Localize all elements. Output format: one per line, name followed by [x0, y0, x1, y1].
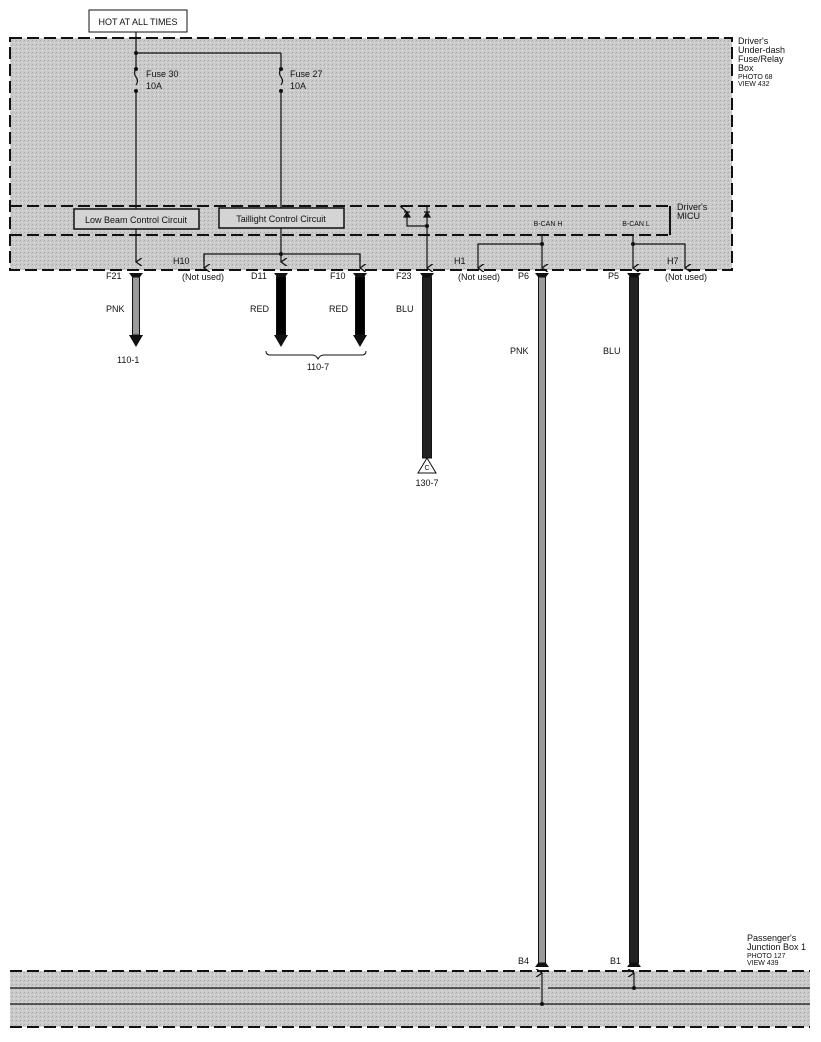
- power-source-box: HOT AT ALL TIMES: [89, 10, 187, 32]
- wire-destination: 110-1: [117, 355, 139, 365]
- terminal-h10: H10: [173, 256, 190, 266]
- wire-destination: 130-7: [415, 478, 438, 488]
- taillight-circuit-box: Taillight Control Circuit: [219, 208, 344, 228]
- terminal-f23: F23: [396, 271, 412, 281]
- group-brace: [266, 351, 366, 359]
- fuse-box-photo-ref: PHOTO 68: [738, 74, 773, 81]
- h1-not-used: (Not used): [458, 272, 500, 282]
- wire-p6: P6PNK: [510, 271, 549, 967]
- micu-name-2: MICU: [677, 211, 700, 221]
- wire-color-code: BLU: [396, 304, 414, 314]
- terminal-f21: F21: [106, 271, 122, 281]
- wiring-diagram: HOT AT ALL TIMES Driver's Under-dash Fus…: [0, 0, 821, 1042]
- can-l-label: B-CAN L: [622, 221, 650, 228]
- wire-d11: D11RED: [250, 271, 288, 347]
- terminal-p5: P5: [608, 271, 619, 281]
- junction-box-photo-ref: PHOTO 127: [747, 953, 785, 960]
- wire-p5: P5BLU: [603, 271, 641, 967]
- group-label: 110-7: [307, 362, 329, 372]
- fuse-box-name-4: Box: [738, 63, 754, 73]
- terminal-p6: P6: [518, 271, 529, 281]
- fuse-27-name: Fuse 27: [290, 69, 323, 79]
- fuse-27-rating: 10A: [290, 81, 306, 91]
- junction-box-region: [10, 971, 810, 1027]
- junction-box-name-2: Junction Box 1: [747, 942, 806, 952]
- low-beam-circuit-label: Low Beam Control Circuit: [85, 215, 188, 225]
- wire-color-code: RED: [329, 304, 349, 314]
- junction-box-view-ref: VIEW 439: [747, 960, 779, 967]
- can-h-label: B-CAN H: [534, 221, 563, 228]
- h7-not-used: (Not used): [665, 272, 707, 282]
- connector-c-label: C: [424, 465, 429, 472]
- fuse-box-view-ref: VIEW 432: [738, 81, 770, 88]
- terminal-d11: D11: [251, 271, 267, 281]
- wire-color-code: BLU: [603, 346, 621, 356]
- power-source-label: HOT AT ALL TIMES: [98, 17, 177, 27]
- low-beam-circuit-box: Low Beam Control Circuit: [74, 209, 199, 229]
- terminal-b1: B1: [610, 956, 621, 966]
- terminal-b4: B4: [518, 956, 529, 966]
- fuse-30-name: Fuse 30: [146, 69, 179, 79]
- terminal-f10: F10: [330, 271, 346, 281]
- fuse-30-rating: 10A: [146, 81, 162, 91]
- h10-not-used: (Not used): [182, 272, 224, 282]
- wire-f10: F10RED: [329, 271, 367, 347]
- wire-color-code: RED: [250, 304, 270, 314]
- wire-f23: C130-7F23BLU: [396, 271, 439, 488]
- fuse-box-region: [10, 38, 732, 270]
- taillight-circuit-label: Taillight Control Circuit: [236, 214, 326, 224]
- wire-color-code: PNK: [510, 346, 529, 356]
- wire-f21: F21PNK110-1: [106, 271, 143, 365]
- wire-color-code: PNK: [106, 304, 125, 314]
- terminal-h7: H7: [667, 256, 679, 266]
- terminal-h1: H1: [454, 256, 466, 266]
